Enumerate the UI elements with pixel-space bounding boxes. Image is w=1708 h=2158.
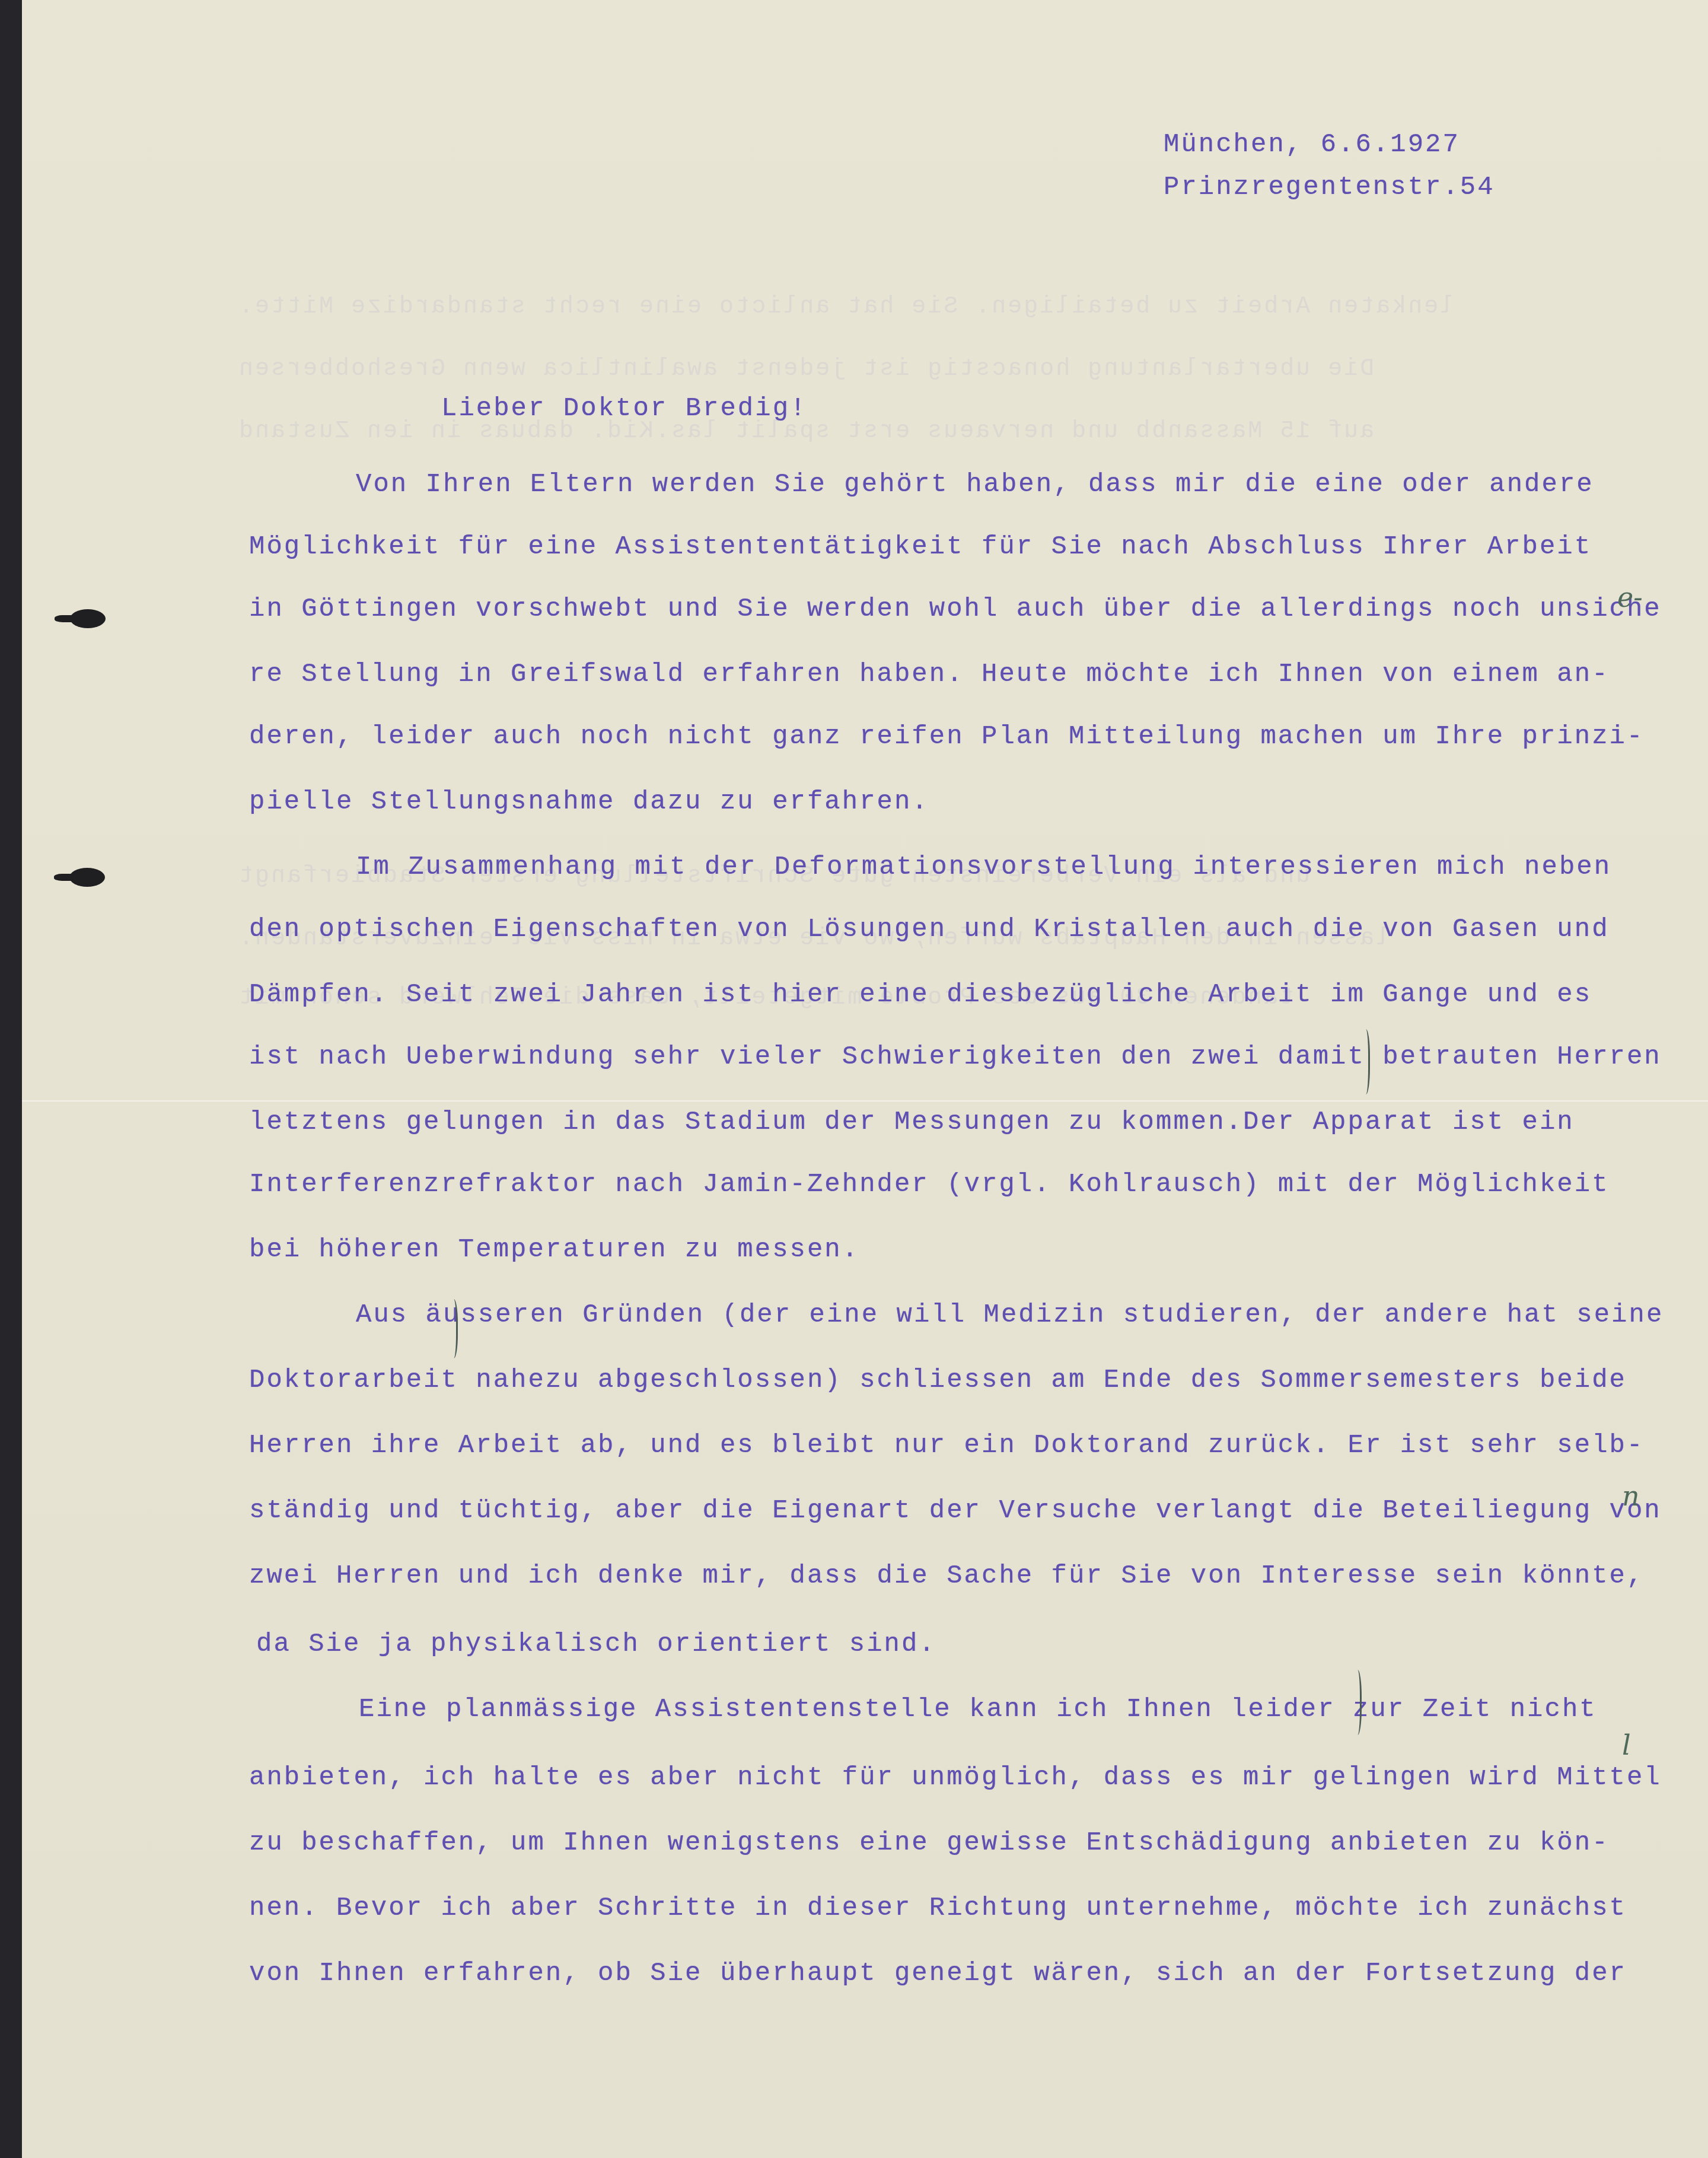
text-line: Möglichkeit für eine Assistententätigkei… <box>249 534 1592 560</box>
text-line: deren, leider auch noch nicht ganz reife… <box>249 724 1644 750</box>
text-line: re Stellung in Greifswald erfahren haben… <box>249 661 1610 687</box>
sender-address: Prinzregentenstr.54 <box>1164 174 1495 200</box>
paper-fold-line <box>22 1100 1708 1102</box>
punch-hole-icon <box>70 609 106 628</box>
text-line: den optischen Eigenschaften von Lösungen… <box>249 916 1610 943</box>
text-line: anbieten, ich halte es aber nicht für un… <box>249 1765 1662 1791</box>
handwritten-correction: l <box>1622 1729 1631 1761</box>
letter-header: München, 6.6.1927 Prinzregentenstr.54 <box>1164 132 1495 217</box>
text-line: zu beschaffen, um Ihnen wenigstens eine … <box>249 1830 1610 1856</box>
text-line: da Sie ja physikalisch orientiert sind. <box>256 1631 936 1657</box>
text-line: pielle Stellungsnahme dazu zu erfahren. <box>249 789 929 815</box>
text-line: von Ihnen erfahren, ob Sie überhaupt gen… <box>249 1960 1627 1987</box>
text-line: Eine planmässige Assistentenstelle kann … <box>359 1697 1597 1723</box>
text-line: nen. Bevor ich aber Schritte in dieser R… <box>249 1895 1627 1921</box>
text-line: in Göttingen vorschwebt und Sie werden w… <box>249 596 1662 622</box>
text-line: Herren ihre Arbeit ab, und es bleibt nur… <box>249 1433 1644 1459</box>
text-line: bei höheren Temperaturen zu messen. <box>249 1237 859 1263</box>
text-line: letztens gelungen in das Stadium der Mes… <box>249 1109 1575 1135</box>
bleed-through-text: Die ubertarlantung honacstig ist jedenst… <box>237 356 1374 383</box>
text-line: ist nach Ueberwindung sehr vieler Schwie… <box>249 1044 1662 1070</box>
text-line: Doktorarbeit nahezu abgeschlossen) schli… <box>249 1367 1627 1393</box>
separator-mark <box>1352 1670 1362 1735</box>
separator-mark <box>1360 1029 1370 1094</box>
text-line: Von Ihren Eltern werden Sie gehört haben… <box>356 472 1594 498</box>
place-date: München, 6.6.1927 <box>1164 132 1495 158</box>
text-line: Dämpfen. Seit zwei Jahren ist hier eine … <box>249 982 1592 1008</box>
text-line: Im Zusammenhang mit der Deformationsvors… <box>356 854 1611 880</box>
scan-border <box>0 0 22 2158</box>
text-line: Aus äusseren Gründen (der eine will Medi… <box>356 1302 1664 1328</box>
salutation: Lieber Doktor Bredig! <box>441 396 808 422</box>
punch-hole-icon <box>69 868 105 887</box>
text-line: ständig und tüchtig, aber die Eigenart d… <box>249 1498 1662 1524</box>
handwritten-correction: e- <box>1617 581 1643 613</box>
handwritten-correction: n <box>1622 1480 1640 1512</box>
bleed-through-text: lenkaten Arbeit zu betailigen. Sie hat a… <box>237 294 1454 320</box>
text-line: zwei Herren und ich denke mir, dass die … <box>249 1563 1644 1589</box>
separator-mark <box>448 1299 458 1358</box>
text-line: Interferenzrefraktor nach Jamin-Zehnder … <box>249 1172 1610 1198</box>
